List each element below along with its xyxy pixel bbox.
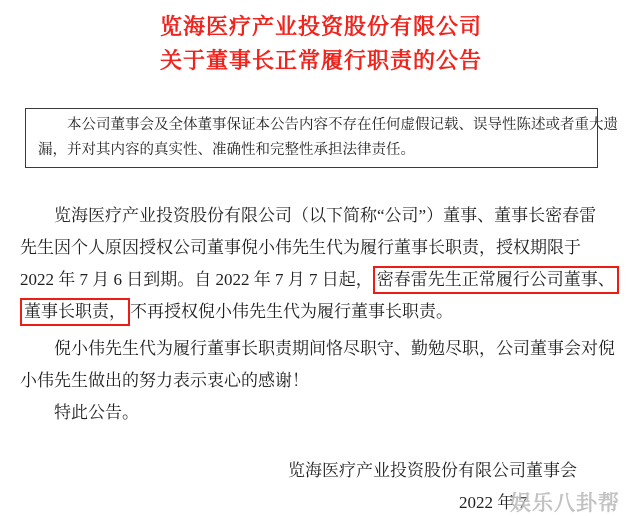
paragraph1-line3-plain-text: 2022 年 7 月 6 日到期。自 2022 年 7 月 7 日起，	[20, 270, 373, 289]
paragraph1-line: 览海医疗产业投资股份有限公司（以下简称“公司”）董事、董事长密春雷	[20, 200, 622, 232]
signature-date-row: 2022 年 7 娱乐八卦帮	[20, 487, 622, 516]
red-highlight-box-1: 密春雷先生正常履行公司董事、	[373, 266, 619, 294]
disclaimer-text-line: 本公司董事会及全体董事保证本公告内容不存在任何虚假记载、误导性陈述或者重大遗	[38, 113, 585, 138]
disclaimer-box: 本公司董事会及全体董事保证本公告内容不存在任何虚假记载、误导性陈述或者重大遗 漏…	[25, 108, 598, 168]
paragraph1-line4-plain-text: 不再授权倪小伟先生代为履行董事长职责。	[130, 302, 453, 321]
paragraph1-line: 先生因个人原因授权公司董事倪小伟先生代为履行董事长职责，授权期限于	[20, 232, 622, 264]
document-title-line1: 览海医疗产业投资股份有限公司	[20, 10, 622, 44]
signature-company: 览海医疗产业投资股份有限公司董事会	[20, 455, 622, 487]
paragraph2-line: 倪小伟先生代为履行董事长职责期间恪尽职守、勤勉尽职，公司董事会对倪	[20, 333, 622, 365]
red-highlight-box-2: 董事长职责，	[20, 298, 130, 326]
announcement-document: 览海医疗产业投资股份有限公司 关于董事长正常履行职责的公告 本公司董事会及全体董…	[0, 0, 640, 516]
paragraph1-line: 2022 年 7 月 6 日到期。自 2022 年 7 月 7 日起，密春雷先生…	[20, 264, 622, 296]
watermark-text: 娱乐八卦帮	[510, 488, 620, 516]
paragraph1-line: 董事长职责，不再授权倪小伟先生代为履行董事长职责。	[20, 296, 622, 328]
document-title-line2: 关于董事长正常履行职责的公告	[20, 44, 622, 78]
paragraph2-line: 小伟先生做出的努力表示衷心的感谢！	[20, 365, 622, 397]
announcement-body: 览海医疗产业投资股份有限公司（以下简称“公司”）董事、董事长密春雷 先生因个人原…	[20, 200, 622, 429]
closing-statement: 特此公告。	[20, 397, 622, 429]
disclaimer-text-line: 漏，并对其内容的真实性、准确性和完整性承担法律责任。	[38, 138, 585, 163]
